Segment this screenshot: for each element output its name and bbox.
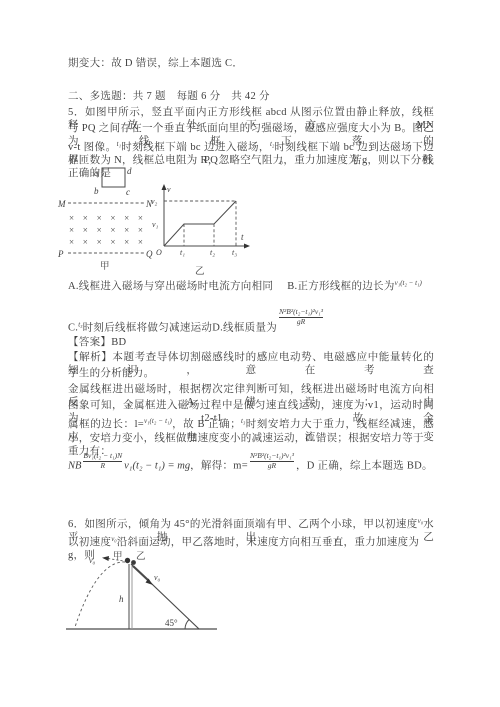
q5-option-a: A.线框进入磁场与穿出磁场时电流方向相同 (68, 281, 273, 292)
q5-answer-line: 【答案】BD (68, 336, 434, 349)
equation-fraction-1: Bv₁(t₂ − t₁)NR (83, 452, 122, 470)
q5-analysis5-pre: 属框的边长：l= (68, 419, 144, 430)
figure-yi-caption: 乙 (195, 266, 205, 277)
equation-fraction-2-denominator: gR (250, 461, 294, 471)
q5-analysis-line-2: 学生的分析能力。 (68, 367, 434, 380)
v-axis-arrowhead (162, 184, 167, 190)
q6-stem2-pre: 以初速度 (68, 537, 111, 548)
equation-solve-text: ，解得：m= (190, 461, 248, 472)
q5-option-d-fraction-denominator: gR (279, 317, 323, 327)
angle-arc (185, 619, 189, 629)
coil-corner-a-label: a (94, 168, 99, 178)
equation-fraction-2: N²B²(t₂−t₁)²v₁³gR (250, 452, 294, 470)
equation-fraction-1-denominator: R (83, 461, 122, 471)
angle-label: 45° (165, 618, 178, 628)
v0-incline-arrow-shaft (133, 566, 149, 581)
q5-options-cd-line: C.t₃时刻后线框将做匀减速运动D.线框质量为N²B²(t₂−t₁)²v₁³gR (68, 308, 434, 335)
q5-analysis5-formula: v₁(t₂ − t₁) (144, 417, 172, 425)
field-boundary-P-label: P (57, 249, 64, 259)
q5-stem3-pre: v-t 图像。 (68, 142, 117, 153)
q5-option-b-formula: v₁(t₂ − t₁) (395, 279, 422, 287)
equation-conclusion: ，D 正确，综上本题选 BD。 (296, 461, 433, 472)
ball-jia (125, 558, 130, 563)
t1-tick-label: t₁ (180, 248, 185, 257)
t-axis-label: t (241, 232, 244, 242)
equation-fraction-2-numerator: N²B²(t₂−t₁)²v₁³ (250, 452, 294, 461)
prelude-line: 期变大：故 D 错误，综上本题选 C． (68, 57, 434, 70)
q5-option-c-pre: C. (68, 323, 78, 334)
coil-corner-c-label: c (126, 187, 130, 197)
v-axis-label: v (167, 185, 171, 194)
q5-equation-line: NBBv₁(t₂ − t₁)NRv₁(t₂ − t₁) = mg，解得：m=N²… (68, 452, 434, 478)
v0-incline-label: v₀ (154, 573, 161, 582)
t2-tick-label: t₂ (210, 248, 215, 257)
q5-option-c-post: 时刻后线框将做匀减速运动 (83, 323, 213, 334)
field-cross-row-3: × × × × × × (69, 237, 143, 247)
v2-tick-label: v₂ (151, 197, 158, 206)
coil-square-frame (102, 168, 125, 187)
projectile-trajectory-curve (75, 562, 125, 627)
equation-lead: NB (68, 461, 81, 472)
field-cross-row-1: × × × × × × (69, 213, 143, 223)
q5-option-d-fraction: N²B²(t₂−t₁)²v₁³gR (279, 308, 323, 326)
q5-options-ab-line: A.线框进入磁场与穿出磁场时电流方向相同B.正方形线框的边长为v₁(t₂ − t… (68, 277, 434, 293)
q5-figure-vt-graph: v t v₂ v₁ O t₁ t₂ t₃ 乙 (150, 182, 258, 276)
field-cross-row-2: × × × × × × (69, 225, 143, 235)
field-boundary-M-label: M (57, 199, 66, 209)
q6-stem1-pre: 6．如图所示，倾角为 45°的光滑斜面顶端有甲、乙两个小球，甲以初速度 (68, 519, 418, 530)
coil-corner-d-label: d (127, 166, 132, 176)
v0-left-arrowhead (102, 556, 109, 561)
equation-tail: v₁(t₂ − t₁) = mg (124, 461, 190, 472)
figure-jia-caption: 甲 (100, 261, 110, 272)
q5-option-d-fraction-numerator: N²B²(t₂−t₁)²v₁³ (279, 308, 323, 317)
q5-option-d-label: D.线框质量为 (212, 323, 277, 334)
q5-figure-field-diagram: a d b c M N × × × × × × × × × × × × × × … (58, 163, 158, 271)
coil-corner-b-label: b (94, 186, 99, 196)
t3-tick-label: t₃ (232, 248, 237, 257)
velocity-curve (164, 201, 236, 246)
v0-left-label: v₀ (89, 556, 96, 565)
height-label: h (119, 594, 124, 604)
v1-tick-label: v₁ (152, 220, 159, 229)
q5-option-b-label: B.正方形线框的边长为 (287, 281, 394, 292)
section-header: 二、多选题：共 7 题 每题 6 分 共 42 分 (68, 90, 434, 103)
equation-fraction-1-numerator: Bv₁(t₂ − t₁)N (83, 452, 122, 461)
ball-yi-label: 乙 (136, 551, 146, 562)
q5-stem3-mid: 时刻线框下端 bc 边进入磁场， (121, 142, 270, 153)
origin-label: O (156, 248, 162, 257)
q6-figure-incline-diagram: 45° 甲 乙 v₀ v₀ h (62, 549, 232, 637)
exam-document-page: 期变大：故 D 错误，综上本题选 C． 二、多选题：共 7 题 每题 6 分 共… (0, 0, 500, 707)
q5-analysis5-mid: ，故 B 正确； (172, 419, 241, 430)
t-axis-arrowhead (244, 244, 250, 249)
